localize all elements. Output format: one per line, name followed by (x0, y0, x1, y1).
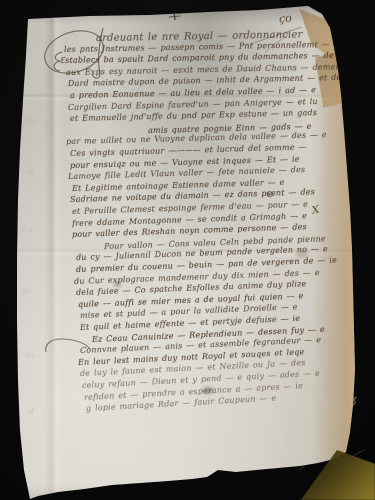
text-lines: ardeuant le nre Royal — ordonnancierles … (0, 0, 375, 500)
background-fiber-mark: ʒ (349, 392, 358, 407)
ghost-mark: ·ıŀ (24, 168, 35, 176)
photo-background: + ço X ⊖ ardeuant le nre Royal — ordonna… (0, 0, 375, 500)
ghost-mark: ·ŀı (24, 352, 35, 360)
ghost-mark: ıŀ (28, 408, 36, 416)
ghost-mark: ıŀ· (22, 288, 33, 296)
manuscript-page: + ço X ⊖ ardeuant le nre Royal — ordonna… (0, 0, 375, 500)
ghost-mark: ŀıι· (26, 118, 40, 126)
ghost-mark: ŀ·ı (22, 226, 33, 234)
